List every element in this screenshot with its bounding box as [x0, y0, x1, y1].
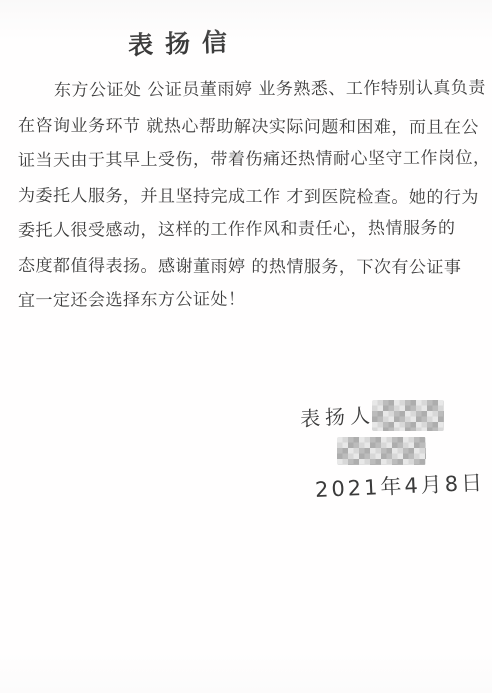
letter-photo: 表扬信 东方公证处 公证员董雨婷 业务熟悉、工作特别认真负责 在咨询业务环节 就… — [0, 0, 492, 693]
letter-line: 委托人很受感动，这样的工作作风和责任心，热情服务的 — [18, 211, 484, 249]
letter-line: 态度都值得表扬。感谢董雨婷 的热情服务，下次有公证事 — [18, 249, 484, 286]
redacted-name-mosaic — [372, 400, 444, 431]
letter-title: 表扬信 — [127, 22, 239, 62]
letter-line: 东方公证处 公证员董雨婷 业务熟悉、工作特别认真负责 — [18, 71, 484, 109]
letter-body: 东方公证处 公证员董雨婷 业务熟悉、工作特别认真负责 在咨询业务环节 就热心帮助… — [18, 74, 484, 319]
redacted-name-mosaic — [337, 437, 426, 465]
letter-line: 宜一定还会选择东方公证处！ — [18, 281, 484, 319]
letter-line: 在咨询业务环节 就热心帮助解决实际问题和困难，而且在公 — [18, 109, 484, 146]
letter-line: 为委托人服务，并且坚持完成工作 才到医院检查。她的行为 — [18, 179, 484, 216]
letter-line: 证当天由于其早上受伤，带着伤痛还热情耐心坚守工作岗位， — [18, 141, 484, 179]
letter-date: 2021年4月8日 — [314, 467, 485, 504]
